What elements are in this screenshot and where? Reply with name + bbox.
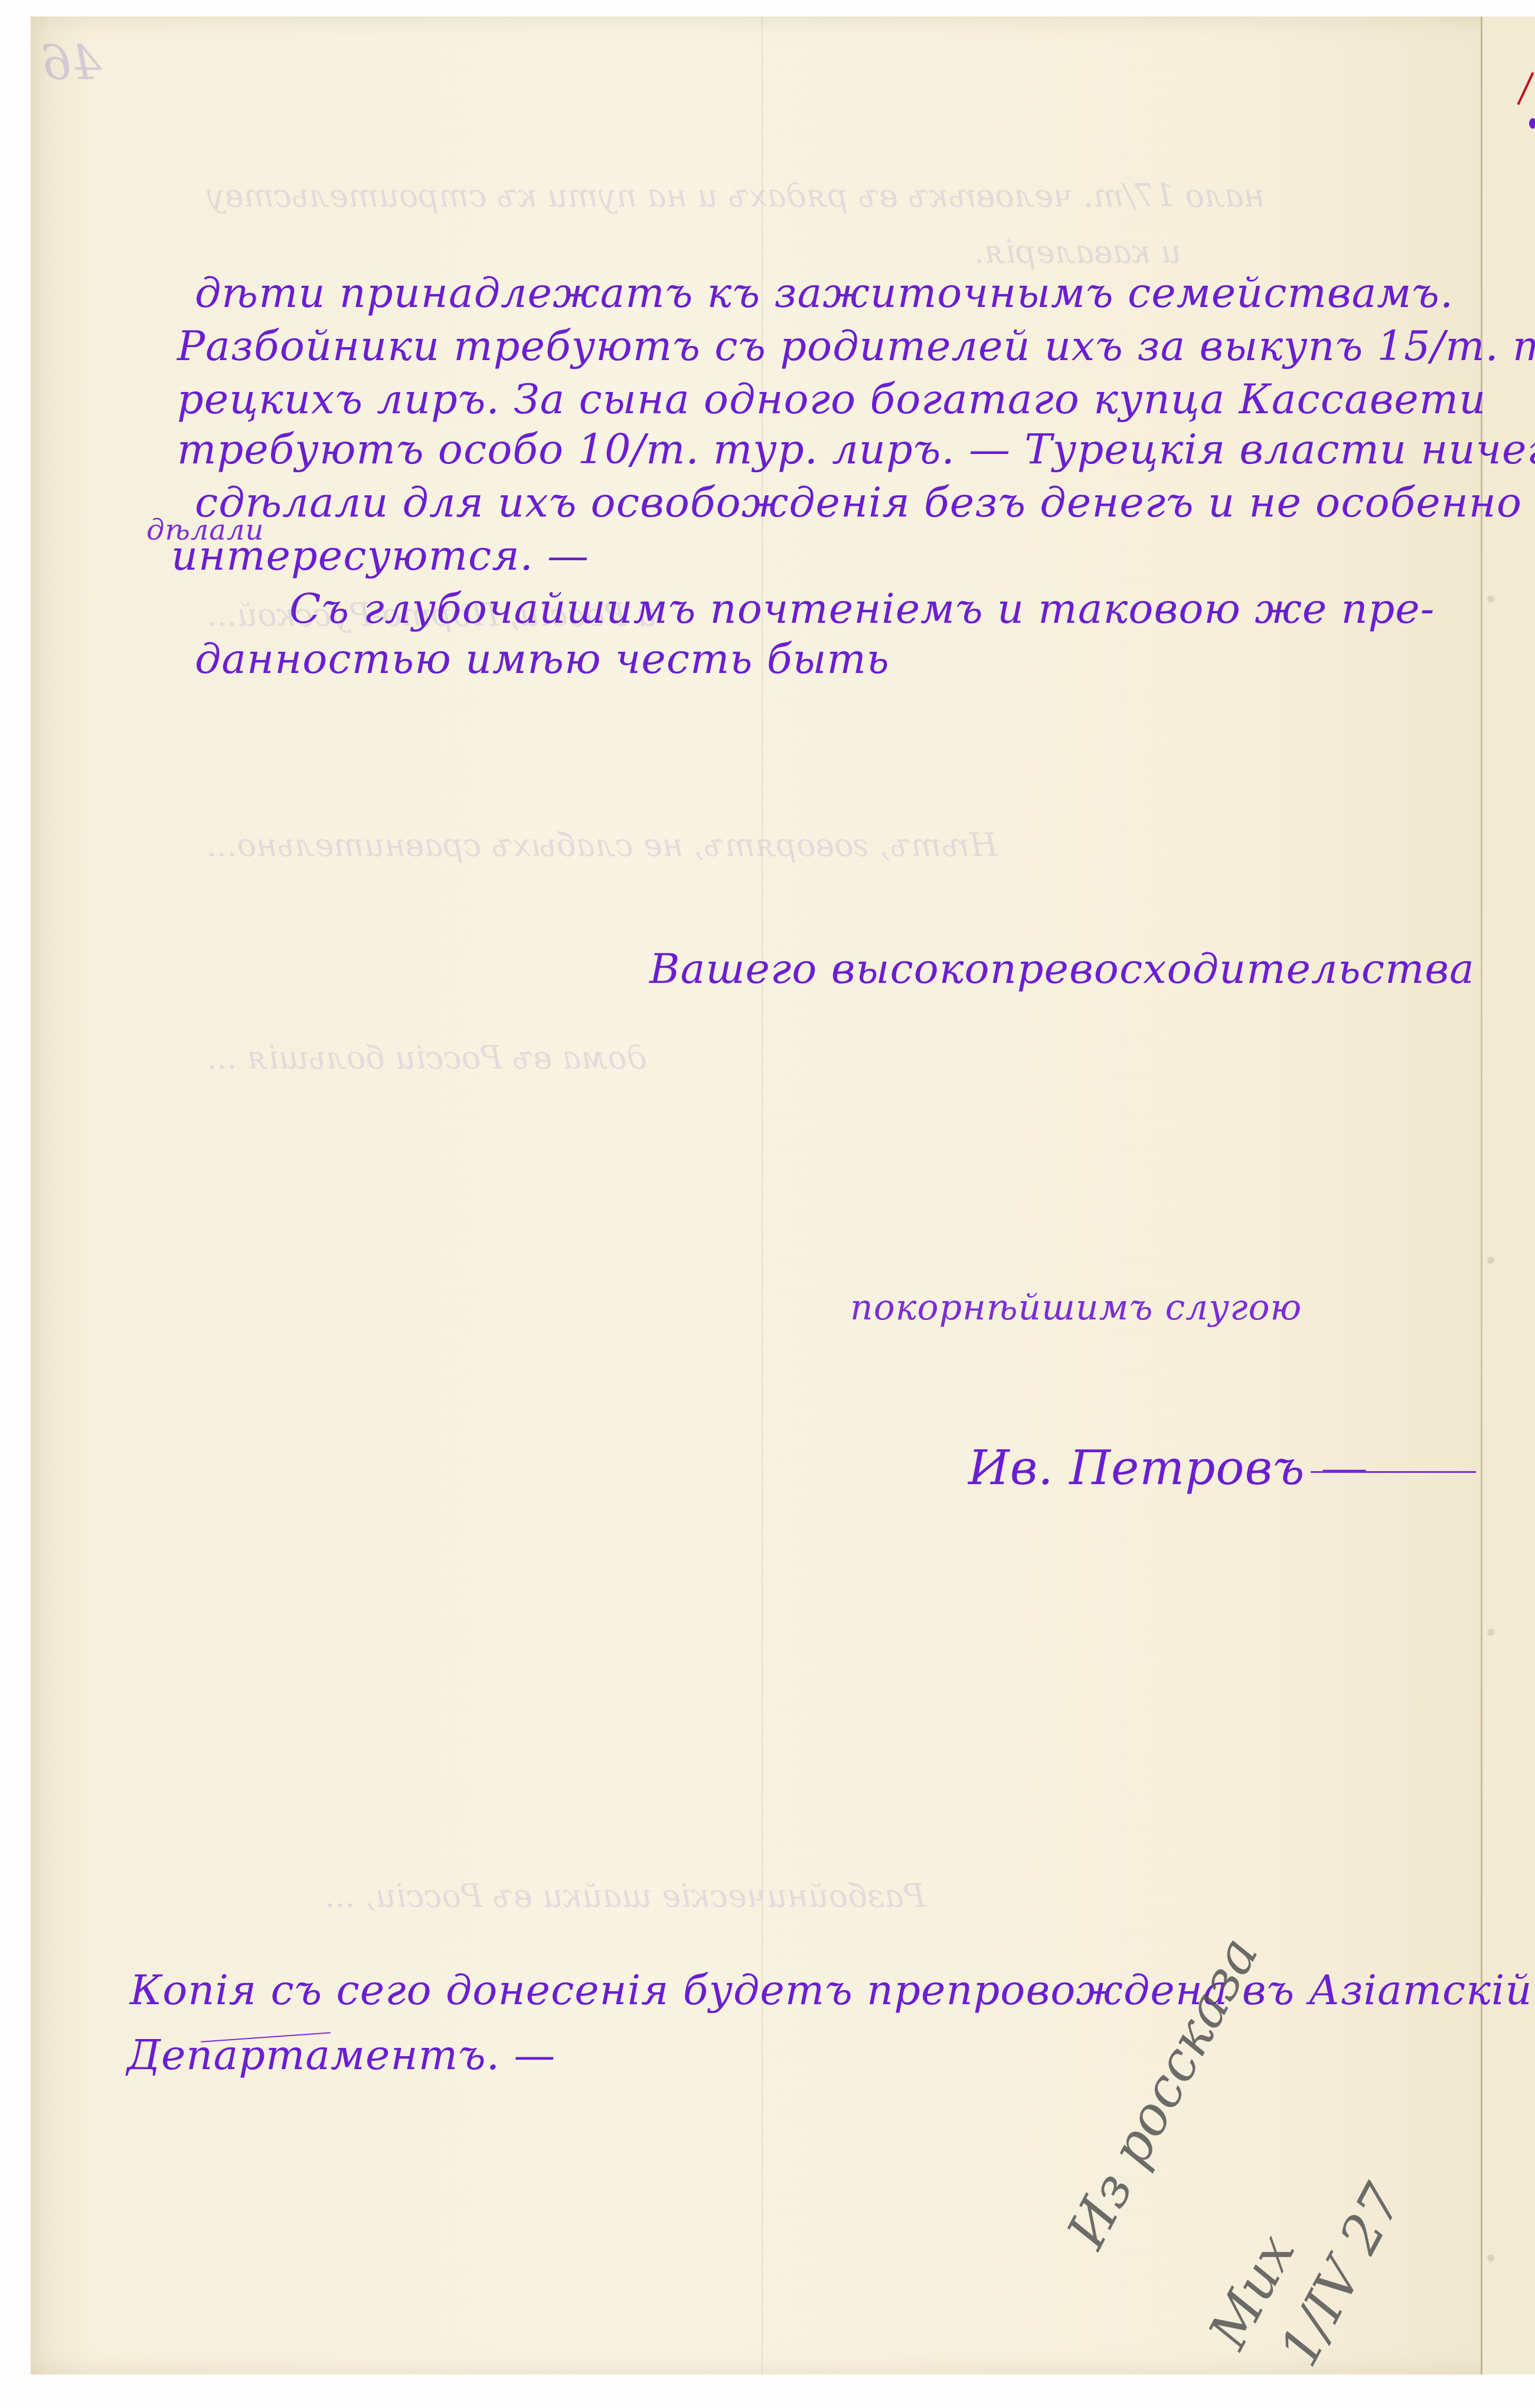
- adjacent-page-edge: [1482, 17, 1535, 2374]
- body-line-2: Разбойники требуютъ съ родителей ихъ за …: [177, 322, 1535, 370]
- body-line-5: сдѣлали для ихъ освобожденія безъ денегъ…: [195, 478, 1535, 527]
- bleed-through-line: Нѣтъ, говорятъ, не слабыхъ сравнительно.…: [207, 826, 997, 864]
- postscript-line-2: Департаментъ. —: [127, 2031, 556, 2079]
- bleed-through-line: нало 17/т. человѣкъ въ рядахъ и на пути …: [207, 177, 1265, 214]
- closing-salutation: Вашего высокопревосходительства: [649, 945, 1475, 993]
- body-line-7: Съ глубочайшимъ почтеніемъ и таковою же …: [289, 584, 1435, 633]
- bleed-through-line: Разбойническіе шайки въ Россіи, ...: [325, 1877, 925, 1914]
- bleed-through-line: дома въ Россіи большія ...: [207, 1039, 647, 1076]
- body-line-6: интересуются. —: [171, 531, 589, 580]
- folio-number-bleed: 46: [41, 35, 102, 90]
- closing-servant-line: покорнѣйшимъ слугою: [850, 1287, 1302, 1328]
- ink-blot: [1529, 118, 1535, 129]
- signature: Ив. Петровъ —: [968, 1440, 1369, 1495]
- signature-flourish: [1311, 1471, 1476, 1473]
- punch-hole: [1488, 2255, 1494, 2261]
- punch-hole: [1488, 1257, 1494, 1263]
- bleed-through-line: и кавалерія.: [974, 233, 1181, 270]
- postscript-line-1: Копія съ сего донесенія будетъ препровож…: [130, 1966, 1533, 2014]
- body-line-4: требуютъ особо 10/т. тур. лиръ. — Турецк…: [177, 425, 1535, 473]
- punch-hole: [1488, 596, 1494, 602]
- body-line-3: рецкихъ лиръ. За сына одного богатаго ку…: [177, 375, 1486, 423]
- body-line-1: дѣти принадлежатъ къ зажиточнымъ семейст…: [195, 269, 1454, 317]
- body-line-8: данностью имѣю честь быть: [195, 635, 890, 683]
- punch-hole: [1488, 1629, 1494, 1635]
- document-page: [31, 17, 1535, 2374]
- center-crease: [762, 17, 763, 2374]
